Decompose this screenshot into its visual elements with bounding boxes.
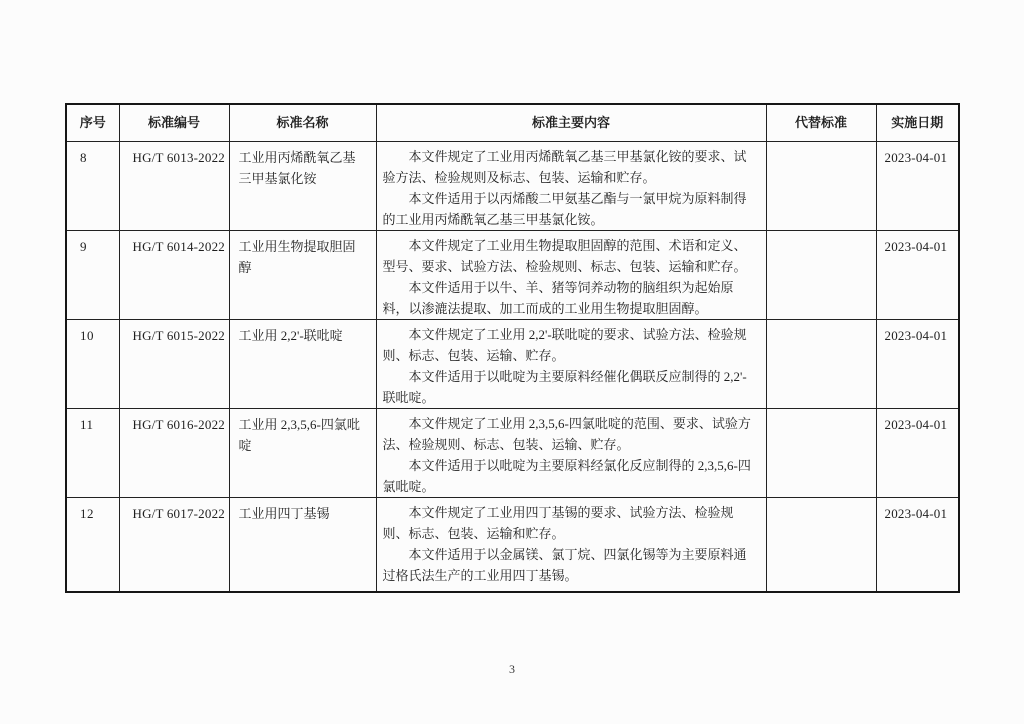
content-paragraph-scope: 本文件规定了工业用四丁基锡的要求、试验方法、检验规则、标志、包装、运输和贮存。: [383, 502, 756, 544]
header-code: 标准编号: [119, 104, 229, 141]
cell-standard-content: 本文件规定了工业用 2,2'-联吡啶的要求、试验方法、检验规则、标志、包装、运输…: [376, 319, 766, 408]
standards-table: 序号 标准编号 标准名称 标准主要内容 代替标准 实施日期 8 HG/T 601…: [65, 103, 960, 593]
cell-implementation-date: 2023-04-01: [876, 497, 959, 592]
cell-seq: 8: [66, 141, 119, 230]
cell-standard-code: HG/T 6013-2022: [119, 141, 229, 230]
table-row: 10 HG/T 6015-2022 工业用 2,2'-联吡啶 本文件规定了工业用…: [66, 319, 959, 408]
header-content: 标准主要内容: [376, 104, 766, 141]
cell-standard-code: HG/T 6014-2022: [119, 230, 229, 319]
header-date: 实施日期: [876, 104, 959, 141]
cell-standard-content: 本文件规定了工业用丙烯酰氧乙基三甲基氯化铵的要求、试验方法、检验规则及标志、包装…: [376, 141, 766, 230]
content-paragraph-applicability: 本文件适用于以金属镁、氯丁烷、四氯化锡等为主要原料通过格氏法生产的工业用四丁基锡…: [383, 544, 756, 586]
cell-replaced-standard: [766, 497, 876, 592]
cell-seq: 9: [66, 230, 119, 319]
table-row: 8 HG/T 6013-2022 工业用丙烯酰氧乙基三甲基氯化铵 本文件规定了工…: [66, 141, 959, 230]
content-paragraph-scope: 本文件规定了工业用生物提取胆固醇的范围、术语和定义、型号、要求、试验方法、检验规…: [383, 235, 756, 277]
document-page: 序号 标准编号 标准名称 标准主要内容 代替标准 实施日期 8 HG/T 601…: [0, 0, 1024, 724]
cell-replaced-standard: [766, 319, 876, 408]
content-paragraph-applicability: 本文件适用于以吡啶为主要原料经催化偶联反应制得的 2,2'-联吡啶。: [383, 366, 756, 408]
cell-standard-name: 工业用生物提取胆固醇: [229, 230, 376, 319]
cell-standard-code: HG/T 6015-2022: [119, 319, 229, 408]
cell-implementation-date: 2023-04-01: [876, 230, 959, 319]
content-paragraph-scope: 本文件规定了工业用 2,3,5,6-四氯吡啶的范围、要求、试验方法、检验规则、标…: [383, 413, 756, 455]
content-paragraph-scope: 本文件规定了工业用丙烯酰氧乙基三甲基氯化铵的要求、试验方法、检验规则及标志、包装…: [383, 146, 756, 188]
cell-standard-name: 工业用四丁基锡: [229, 497, 376, 592]
cell-standard-content: 本文件规定了工业用 2,3,5,6-四氯吡啶的范围、要求、试验方法、检验规则、标…: [376, 408, 766, 497]
table-header-row: 序号 标准编号 标准名称 标准主要内容 代替标准 实施日期: [66, 104, 959, 141]
header-name: 标准名称: [229, 104, 376, 141]
content-paragraph-applicability: 本文件适用于以吡啶为主要原料经氯化反应制得的 2,3,5,6-四氯吡啶。: [383, 455, 756, 497]
page-number: 3: [0, 662, 1024, 677]
table-row: 11 HG/T 6016-2022 工业用 2,3,5,6-四氯吡啶 本文件规定…: [66, 408, 959, 497]
cell-standard-name: 工业用丙烯酰氧乙基三甲基氯化铵: [229, 141, 376, 230]
table-row: 9 HG/T 6014-2022 工业用生物提取胆固醇 本文件规定了工业用生物提…: [66, 230, 959, 319]
cell-implementation-date: 2023-04-01: [876, 319, 959, 408]
content-paragraph-scope: 本文件规定了工业用 2,2'-联吡啶的要求、试验方法、检验规则、标志、包装、运输…: [383, 324, 756, 366]
cell-replaced-standard: [766, 230, 876, 319]
cell-seq: 10: [66, 319, 119, 408]
cell-standard-code: HG/T 6017-2022: [119, 497, 229, 592]
header-replaced: 代替标准: [766, 104, 876, 141]
cell-implementation-date: 2023-04-01: [876, 141, 959, 230]
cell-implementation-date: 2023-04-01: [876, 408, 959, 497]
table-row: 12 HG/T 6017-2022 工业用四丁基锡 本文件规定了工业用四丁基锡的…: [66, 497, 959, 592]
cell-seq: 12: [66, 497, 119, 592]
cell-standard-content: 本文件规定了工业用生物提取胆固醇的范围、术语和定义、型号、要求、试验方法、检验规…: [376, 230, 766, 319]
cell-replaced-standard: [766, 408, 876, 497]
cell-standard-content: 本文件规定了工业用四丁基锡的要求、试验方法、检验规则、标志、包装、运输和贮存。 …: [376, 497, 766, 592]
cell-replaced-standard: [766, 141, 876, 230]
cell-standard-name: 工业用 2,3,5,6-四氯吡啶: [229, 408, 376, 497]
cell-standard-name: 工业用 2,2'-联吡啶: [229, 319, 376, 408]
cell-standard-code: HG/T 6016-2022: [119, 408, 229, 497]
header-seq: 序号: [66, 104, 119, 141]
content-paragraph-applicability: 本文件适用于以丙烯酸二甲氨基乙酯与一氯甲烷为原料制得的工业用丙烯酰氧乙基三甲基氯…: [383, 188, 756, 230]
content-paragraph-applicability: 本文件适用于以牛、羊、猪等饲养动物的脑组织为起始原料，以渗漉法提取、加工而成的工…: [383, 277, 756, 319]
cell-seq: 11: [66, 408, 119, 497]
